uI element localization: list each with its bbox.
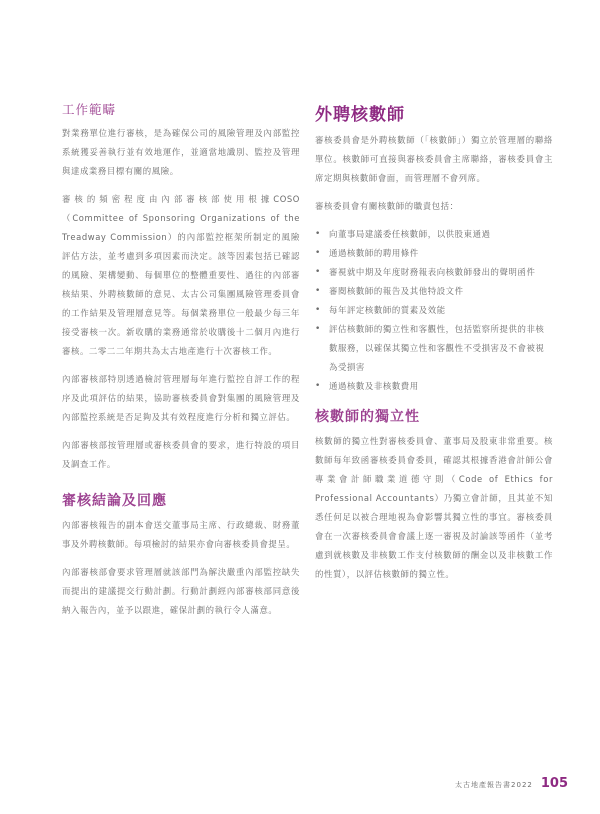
scope-paragraph-2: 審核的頻密程度由內部審核部使用根據COSO（Committee of Spons…: [62, 190, 300, 361]
external-auditor-heading: 外聘核數師: [315, 100, 553, 125]
scope-paragraph-1: 對業務單位進行審核，是為確保公司的風險管理及內部監控系統獲妥善執行並有效地運作，…: [62, 124, 300, 181]
report-title: 太古地產報告書2022: [455, 780, 533, 790]
list-item: 通過核數及非核數費用: [315, 377, 553, 396]
list-item: 向董事局建議委任核數師，以供股東通過: [315, 225, 553, 244]
external-auditor-paragraph-2: 審核委員會有關核數師的職責包括：: [315, 197, 553, 216]
independence-heading: 核數師的獨立性: [315, 406, 553, 426]
auditor-duties-list: 向董事局建議委任核數師，以供股東通過 通過核數師的聘用條件 審視就中期及年度財務…: [315, 225, 553, 396]
page-number: 105: [541, 776, 568, 791]
left-column: 工作範疇 對業務單位進行審核，是為確保公司的風險管理及內部監控系統獲妥善執行並有…: [62, 100, 300, 629]
page-footer: 太古地產報告書2022 105: [455, 776, 568, 791]
conclusions-paragraph-1: 內部審核報告的副本會送交董事局主席、行政總裁、財務董事及外聘核數師。每項檢討的結…: [62, 516, 300, 554]
list-item: 評估核數師的獨立性和客觀性，包括監察所提供的非核數服務，以確保其獨立性和客觀性不…: [315, 320, 553, 377]
scope-heading: 工作範疇: [62, 100, 300, 118]
external-auditor-paragraph-1: 審核委員會是外聘核數師（「核數師」）獨立於管理層的聯絡單位。核數師可直接與審核委…: [315, 131, 553, 188]
conclusions-heading: 審核結論及回應: [62, 490, 300, 510]
independence-paragraph-1: 核數師的獨立性對審核委員會、董事局及股東非常重要。核數師每年致函審核委員會委員，…: [315, 432, 553, 584]
right-column: 外聘核數師 審核委員會是外聘核數師（「核數師」）獨立於管理層的聯絡單位。核數師可…: [315, 100, 553, 593]
list-item: 審視就中期及年度財務報表向核數師發出的聲明函件: [315, 263, 553, 282]
scope-paragraph-3: 內部審核部特別透過檢討管理層每年進行監控自評工作的程序及此項評估的結果，協助審核…: [62, 370, 300, 427]
conclusions-paragraph-2: 內部審核部會要求管理層就該部門為解決嚴重內部監控缺失而提出的建議提交行動計劃。行…: [62, 563, 300, 620]
list-item: 審閱核數師的報告及其他特設文件: [315, 282, 553, 301]
list-item: 通過核數師的聘用條件: [315, 244, 553, 263]
list-item: 每年評定核數師的質素及效能: [315, 301, 553, 320]
scope-paragraph-4: 內部審核部按管理層或審核委員會的要求，進行特設的項目及調查工作。: [62, 436, 300, 474]
